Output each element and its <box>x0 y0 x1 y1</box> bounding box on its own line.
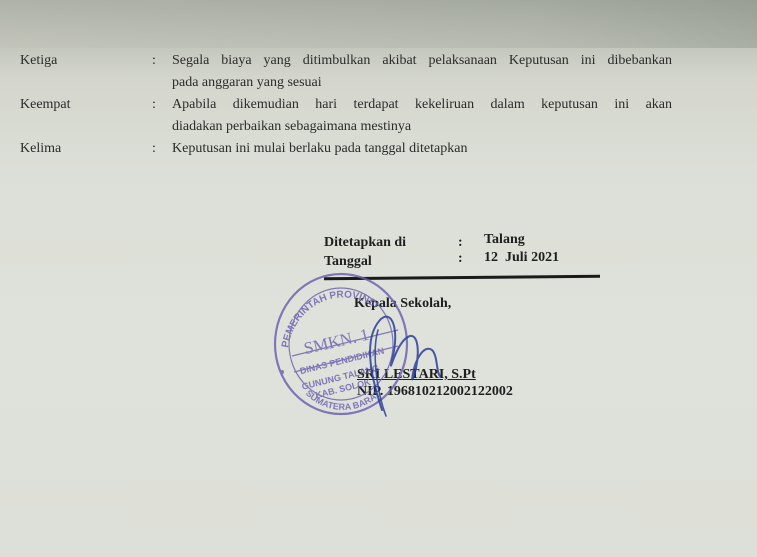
handwritten-signature <box>352 300 442 420</box>
clause-label-keempat: Keempat <box>20 96 71 114</box>
clause-colon: : <box>152 52 156 70</box>
clause-text-line: Apabila dikemudian hari terdapat kekelir… <box>172 96 672 114</box>
place-label: Ditetapkan di <box>324 235 406 251</box>
photo-shadow <box>0 0 757 48</box>
date-value: 12 Juli 2021 <box>484 250 559 266</box>
clause-colon: : <box>152 96 156 114</box>
clause-label-kelima: Kelima <box>20 140 61 158</box>
clause-colon: : <box>152 140 156 158</box>
clause-text-line: Keputusan ini mulai berlaku pada tanggal… <box>172 140 672 158</box>
clause-text-line: diadakan perbaikan sebagaimana mestinya <box>172 118 672 136</box>
clause-text-line: Segala biaya yang ditimbulkan akibat pel… <box>172 52 672 70</box>
place-value: Talang <box>484 232 525 248</box>
date-colon: : <box>458 251 463 267</box>
clause-label-ketiga: Ketiga <box>20 52 57 70</box>
clause-text-line: pada anggaran yang sesuai <box>172 74 672 92</box>
place-colon: : <box>458 235 463 251</box>
